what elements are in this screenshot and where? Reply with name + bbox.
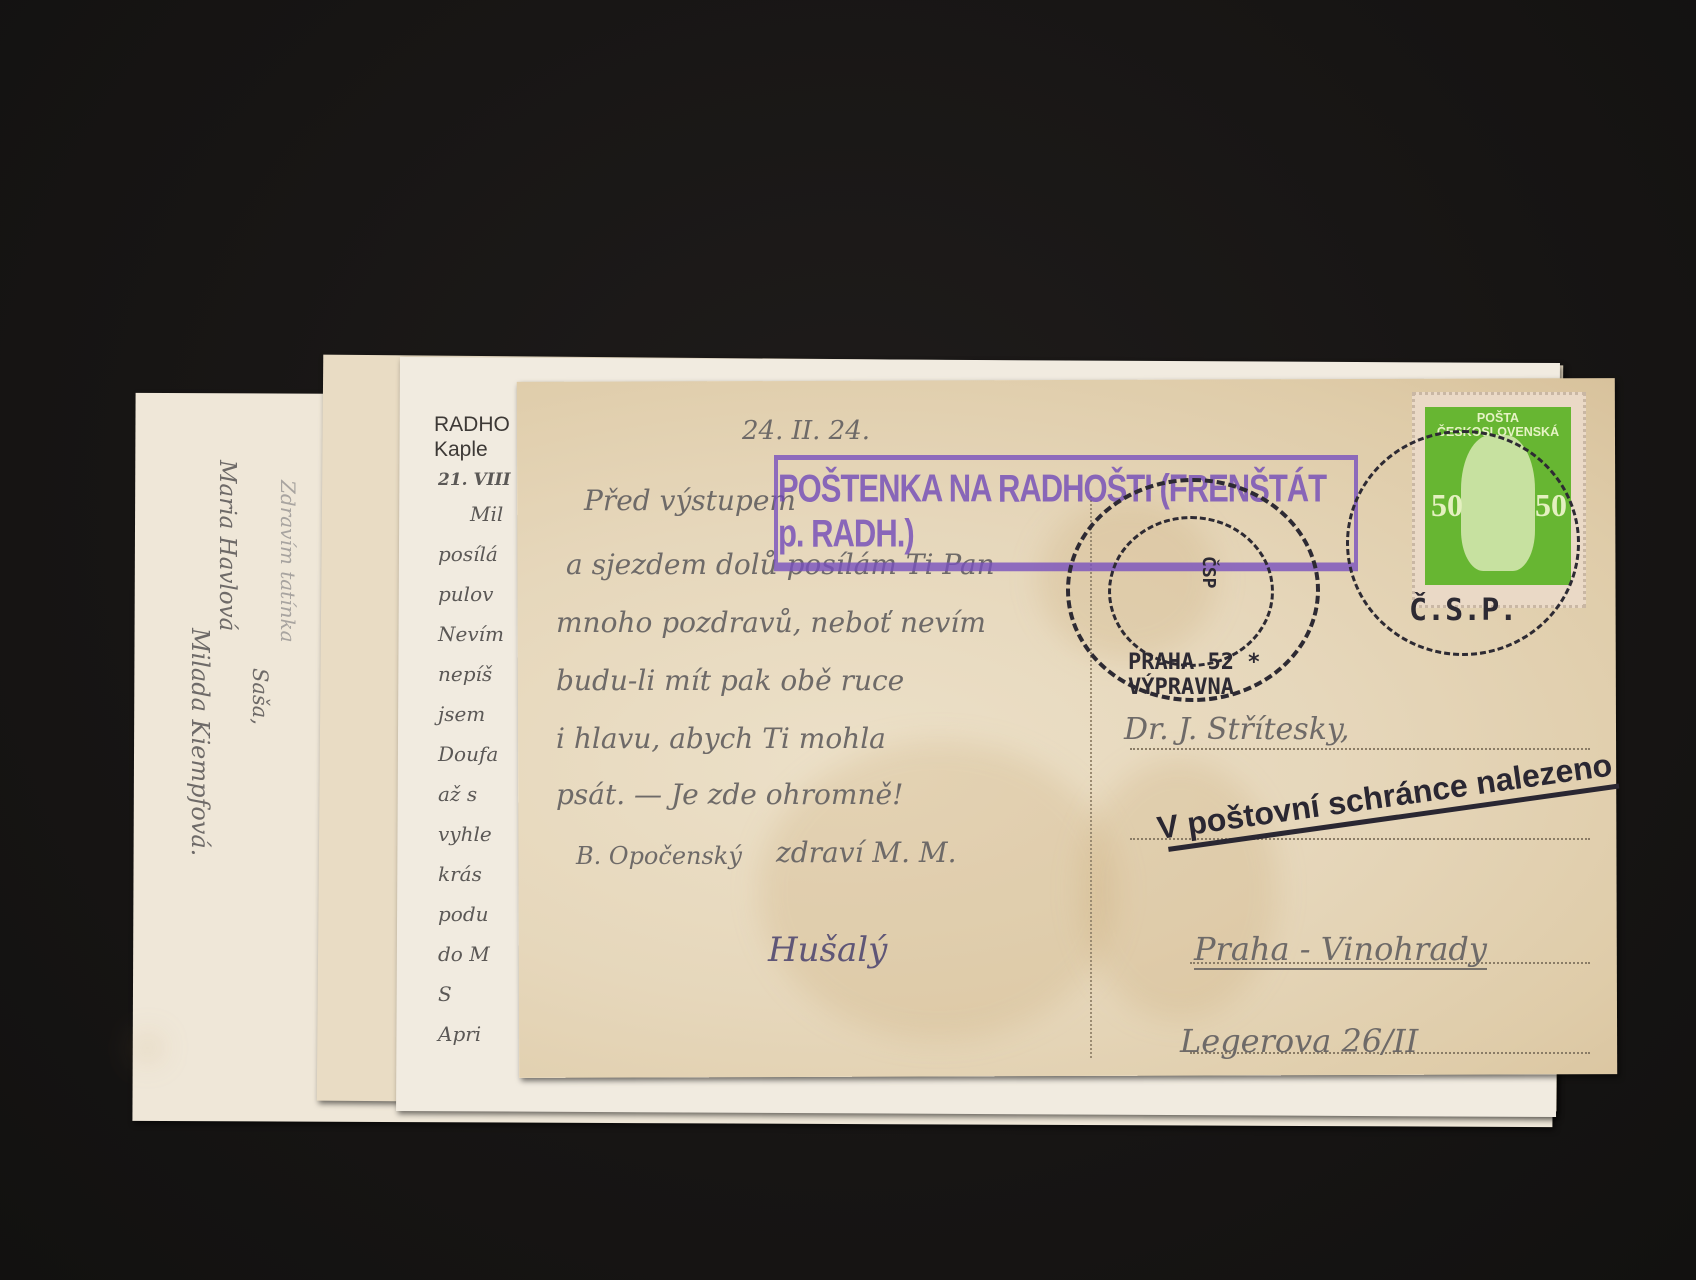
message-line: mnoho pozdravů, neboť nevím	[556, 606, 986, 639]
handwriting-vertical-3: Maria Havlová	[214, 460, 240, 631]
message-date: 24. II. 24.	[742, 416, 870, 446]
postmark-csp-text: Č.S.P.	[1409, 593, 1517, 628]
card3-text-line: S	[438, 982, 452, 1006]
address-street: Legerova 26/II	[1180, 1022, 1418, 1060]
card3-text-line: pulov	[438, 582, 493, 606]
card3-text-line: do M	[438, 942, 490, 966]
printed-caption: RADHO Kaple	[434, 412, 510, 462]
card3-date: 21. VIII	[438, 470, 511, 490]
card3-text-line: podu	[438, 902, 489, 926]
handwriting-vertical-4: Milada Kiempfová.	[186, 628, 214, 856]
handwriting-vertical-1: Zdravím tatínka	[276, 480, 300, 643]
card3-text-line: až s	[438, 782, 477, 806]
card3-text-line: posílá	[438, 542, 498, 566]
message-line: budu-li mít pak obě ruce	[556, 664, 904, 697]
address-recipient: Dr. J. Střítesky,	[1124, 712, 1349, 747]
signature-2: Hušalý	[768, 930, 887, 970]
message-line: zdraví M. M.	[776, 836, 956, 869]
postmark-praha-inner-text: ČSP	[1198, 556, 1219, 589]
address-city: Praha - Vinohrady	[1194, 930, 1487, 970]
caption-subtitle: Kaple	[434, 437, 510, 462]
card3-text-line: vyhle	[438, 822, 492, 846]
card3-text-line: Mil	[470, 502, 503, 526]
card3-text-line: nepíš	[438, 662, 492, 686]
postmark-inner-ring	[1108, 516, 1274, 667]
card3-text-line: Doufa	[438, 742, 498, 766]
caption-title: RADHO	[434, 412, 510, 437]
handwriting-vertical-2: Saša,	[248, 668, 272, 725]
card3-text-line: jsem	[438, 702, 485, 726]
postmark-praha: PRAHA 52 * VÝPRAVNA ČSP	[1066, 478, 1320, 702]
message-line: psát. — Je zde ohromně!	[556, 778, 903, 811]
message-line: i hlavu, abych Ti mohla	[556, 722, 886, 755]
card3-text-line: krás	[438, 862, 482, 886]
card3-text-line: Apri	[438, 1022, 481, 1046]
card3-text-line: Nevím	[438, 622, 504, 646]
message-line: Před výstupem	[584, 484, 796, 517]
postmark-csp: Č.S.P.	[1346, 430, 1580, 656]
postmark-praha-text: PRAHA 52 * VÝPRAVNA	[1128, 650, 1316, 700]
address-line-1	[1130, 748, 1590, 750]
signature-1: B. Opočenský	[576, 842, 742, 870]
